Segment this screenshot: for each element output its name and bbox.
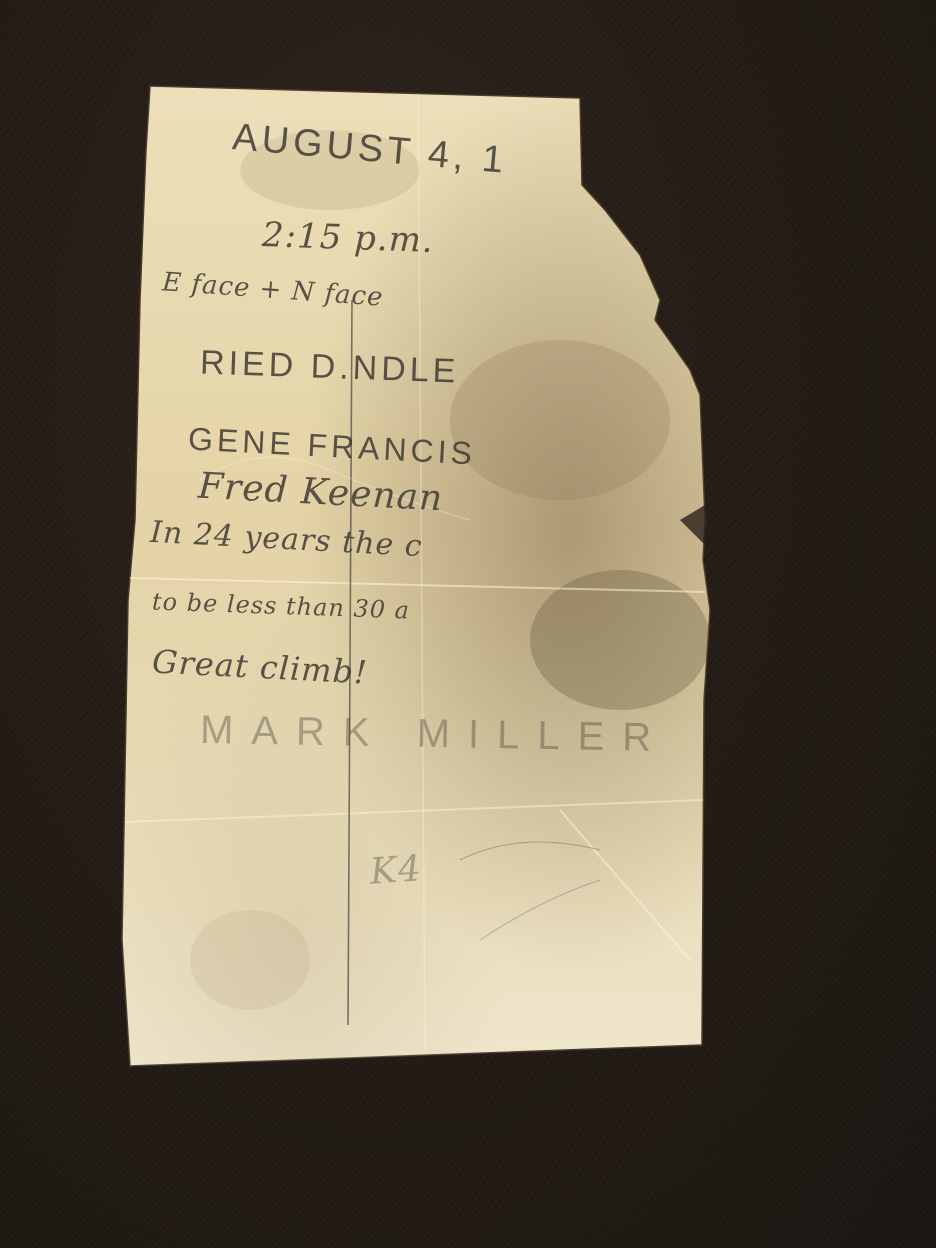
time-line: 2:15 p.m. [261, 215, 434, 261]
scribble-mark: K4 [369, 848, 424, 893]
handwritten-note-paper: AUGUST 4, 1 2:15 p.m. E face + N face RI… [0, 0, 936, 1248]
paper-shape [0, 0, 936, 1248]
signature-faint: MARK MILLER [200, 708, 670, 761]
